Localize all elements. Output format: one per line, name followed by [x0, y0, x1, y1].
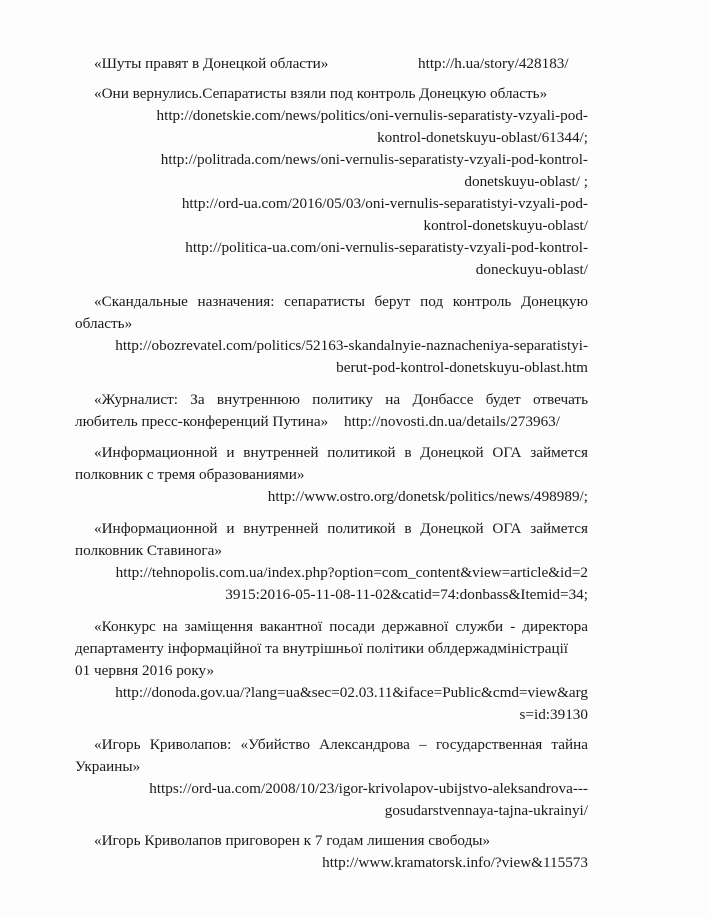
entry-title: «Скандальные назначения: сепаратисты бер… [94, 292, 588, 312]
entry-url[interactable]: http://donoda.gov.ua/?lang=ua&sec=02.03.… [115, 683, 588, 703]
entry-url[interactable]: http://politica-ua.com/oni-vernulis-sepa… [185, 238, 588, 258]
entry-url[interactable]: http://ord-ua.com/2016/05/03/oni-vernuli… [182, 194, 588, 214]
entry-url[interactable]: http://donetskie.com/news/politics/oni-v… [157, 106, 589, 126]
entry-title-cont: Украины» [75, 757, 140, 777]
entry-url[interactable]: http://novosti.dn.ua/details/273963/ [344, 412, 560, 432]
entry-url-cont[interactable]: 3915:2016-05-11-08-11-02&catid=74:donbas… [225, 585, 588, 605]
entry-url-cont[interactable]: doneckuyu-oblast/ [476, 260, 588, 280]
entry-url[interactable]: http://www.kramatorsk.info/?view&115573 [322, 853, 588, 873]
entry-url-cont[interactable]: donetskuyu-oblast/ ; [464, 172, 588, 192]
entry-url[interactable]: https://ord-ua.com/2008/10/23/igor-krivo… [149, 779, 588, 799]
entry-url-cont[interactable]: berut-pod-kontrol-donetskuyu-oblast.htm [336, 358, 588, 378]
entry-title-cont: департаменту інформаційної та внутрішньо… [75, 639, 568, 659]
entry-url-cont[interactable]: kontrol-donetskuyu-oblast/61344/; [377, 128, 588, 148]
entry-title-cont: полковник Ставинога» [75, 541, 222, 561]
entry-title: «Конкурс на заміщення вакантної посади д… [94, 617, 588, 637]
entry-title: «Они вернулись.Сепаратисты взяли под кон… [94, 84, 547, 104]
entry-url-cont[interactable]: kontrol-donetskuyu-oblast/ [423, 216, 588, 236]
entry-title-cont: область» [75, 314, 132, 334]
entry-url[interactable]: http://www.ostro.org/donetsk/politics/ne… [268, 487, 588, 507]
entry-url[interactable]: http://tehnopolis.com.ua/index.php?optio… [116, 563, 588, 583]
entry-title-cont: любитель пресс-конференций Путина» [75, 412, 328, 432]
entry-title: «Игорь Криволапов: «Убийство Александров… [94, 735, 588, 755]
entry-url-cont[interactable]: gosudarstvennaya-tajna-ukrainyi/ [385, 801, 588, 821]
entry-title-cont: полковник с тремя образованиями» [75, 465, 304, 485]
entry-title: «Игорь Криволапов приговорен к 7 годам л… [94, 831, 490, 851]
entry-title: «Информационной и внутренней политикой в… [94, 443, 588, 463]
entry-title-cont: 01 червня 2016 року» [75, 661, 214, 681]
entry-title: «Информационной и внутренней политикой в… [94, 519, 588, 539]
entry-title: «Журналист: За внутреннюю политику на До… [94, 390, 588, 410]
entry-url[interactable]: http://obozrevatel.com/politics/52163-sk… [115, 336, 588, 356]
entry-url-cont[interactable]: s=id:39130 [520, 705, 588, 725]
entry-title: «Шуты правят в Донецкой области» [94, 54, 328, 74]
entry-url[interactable]: http://politrada.com/news/oni-vernulis-s… [161, 150, 588, 170]
document-page: «Шуты правят в Донецкой области» http://… [0, 0, 710, 918]
entry-url[interactable]: http://h.ua/story/428183/ [418, 54, 569, 74]
